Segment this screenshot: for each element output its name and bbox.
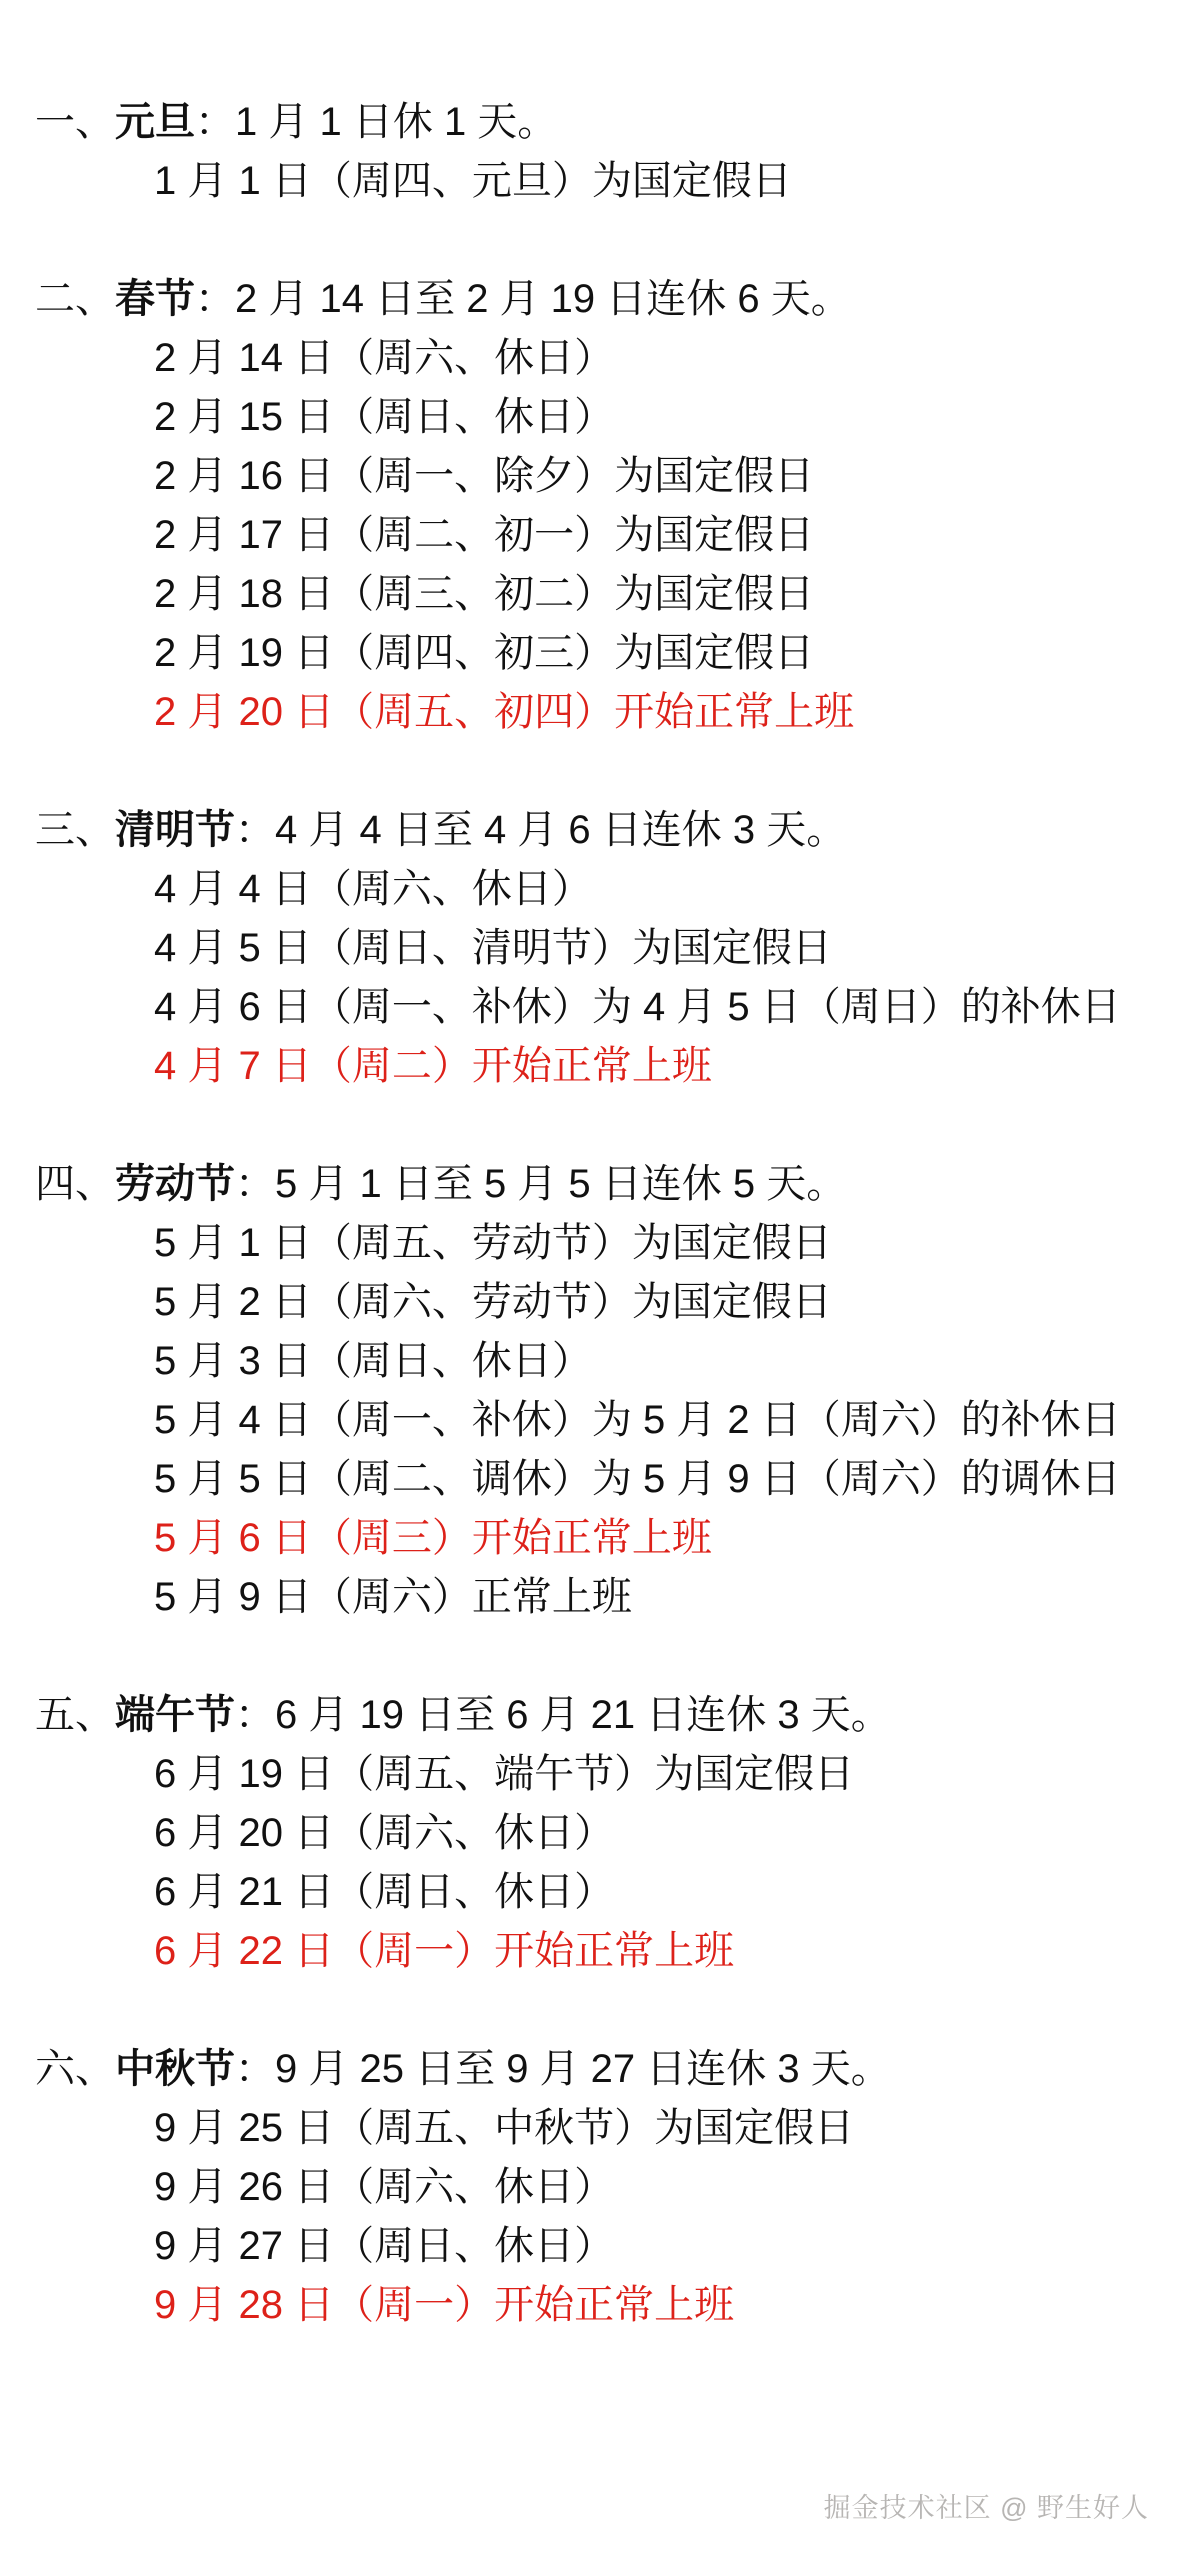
- section-number: 二、: [35, 277, 115, 321]
- schedule-line: 6 月 21 日（周日、休日）: [0, 1863, 1179, 1922]
- section-header: 五、端午节：6 月 19 日至 6 月 21 日连休 3 天。: [0, 1686, 1179, 1745]
- schedule-line: 9 月 27 日（周日、休日）: [0, 2217, 1179, 2276]
- schedule-line: 5 月 3 日（周日、休日）: [0, 1332, 1179, 1391]
- schedule-line: 4 月 6 日（周一、补休）为 4 月 5 日（周日）的补休日: [0, 978, 1179, 1037]
- back-to-work-line: 4 月 7 日（周二）开始正常上班: [0, 1037, 1179, 1096]
- holiday-notice-document: 一、元旦：1 月 1 日休 1 天。 1 月 1 日（周四、元旦）为国定假日 二…: [0, 0, 1179, 2335]
- holiday-section-chunjie: 二、春节：2 月 14 日至 2 月 19 日连休 6 天。 2 月 14 日（…: [0, 270, 1179, 742]
- section-summary: ：9 月 25 日至 9 月 27 日连休 3 天。: [235, 2047, 891, 2091]
- schedule-line: 5 月 9 日（周六）正常上班: [0, 1568, 1179, 1627]
- schedule-line: 9 月 25 日（周五、中秋节）为国定假日: [0, 2099, 1179, 2158]
- back-to-work-line: 5 月 6 日（周三）开始正常上班: [0, 1509, 1179, 1568]
- section-number: 六、: [35, 2047, 115, 2091]
- holiday-name: 春节: [115, 277, 195, 321]
- holiday-section-yuandan: 一、元旦：1 月 1 日休 1 天。 1 月 1 日（周四、元旦）为国定假日: [0, 93, 1179, 211]
- schedule-line: 2 月 19 日（周四、初三）为国定假日: [0, 624, 1179, 683]
- holiday-name: 清明节: [115, 808, 235, 852]
- schedule-line: 5 月 2 日（周六、劳动节）为国定假日: [0, 1273, 1179, 1332]
- schedule-line: 6 月 19 日（周五、端午节）为国定假日: [0, 1745, 1179, 1804]
- schedule-line: 2 月 18 日（周三、初二）为国定假日: [0, 565, 1179, 624]
- section-number: 四、: [35, 1162, 115, 1206]
- section-number: 五、: [35, 1693, 115, 1737]
- back-to-work-line: 2 月 20 日（周五、初四）开始正常上班: [0, 683, 1179, 742]
- section-header: 四、劳动节：5 月 1 日至 5 月 5 日连休 5 天。: [0, 1155, 1179, 1214]
- holiday-name: 元旦: [115, 100, 195, 144]
- holiday-section-duanwu: 五、端午节：6 月 19 日至 6 月 21 日连休 3 天。 6 月 19 日…: [0, 1686, 1179, 1981]
- section-header: 三、清明节：4 月 4 日至 4 月 6 日连休 3 天。: [0, 801, 1179, 860]
- watermark: 掘金技术社区 @ 野生好人: [824, 2486, 1149, 2525]
- section-summary: ：2 月 14 日至 2 月 19 日连休 6 天。: [195, 277, 851, 321]
- section-header: 六、中秋节：9 月 25 日至 9 月 27 日连休 3 天。: [0, 2040, 1179, 2099]
- holiday-name: 中秋节: [115, 2047, 235, 2091]
- section-number: 三、: [35, 808, 115, 852]
- schedule-line: 2 月 16 日（周一、除夕）为国定假日: [0, 447, 1179, 506]
- schedule-line: 2 月 15 日（周日、休日）: [0, 388, 1179, 447]
- schedule-line: 2 月 14 日（周六、休日）: [0, 329, 1179, 388]
- holiday-name: 劳动节: [115, 1162, 235, 1206]
- section-summary: ：1 月 1 日休 1 天。: [195, 100, 557, 144]
- schedule-line: 5 月 1 日（周五、劳动节）为国定假日: [0, 1214, 1179, 1273]
- holiday-section-zhongqiu: 六、中秋节：9 月 25 日至 9 月 27 日连休 3 天。 9 月 25 日…: [0, 2040, 1179, 2335]
- schedule-line: 1 月 1 日（周四、元旦）为国定假日: [0, 152, 1179, 211]
- holiday-section-laodong: 四、劳动节：5 月 1 日至 5 月 5 日连休 5 天。 5 月 1 日（周五…: [0, 1155, 1179, 1627]
- back-to-work-line: 6 月 22 日（周一）开始正常上班: [0, 1922, 1179, 1981]
- section-summary: ：6 月 19 日至 6 月 21 日连休 3 天。: [235, 1693, 891, 1737]
- schedule-line: 5 月 4 日（周一、补休）为 5 月 2 日（周六）的补休日: [0, 1391, 1179, 1450]
- schedule-line: 5 月 5 日（周二、调休）为 5 月 9 日（周六）的调休日: [0, 1450, 1179, 1509]
- schedule-line: 6 月 20 日（周六、休日）: [0, 1804, 1179, 1863]
- section-header: 一、元旦：1 月 1 日休 1 天。: [0, 93, 1179, 152]
- section-summary: ：4 月 4 日至 4 月 6 日连休 3 天。: [235, 808, 846, 852]
- holiday-name: 端午节: [115, 1693, 235, 1737]
- section-summary: ：5 月 1 日至 5 月 5 日连休 5 天。: [235, 1162, 846, 1206]
- schedule-line: 9 月 26 日（周六、休日）: [0, 2158, 1179, 2217]
- back-to-work-line: 9 月 28 日（周一）开始正常上班: [0, 2276, 1179, 2335]
- schedule-line: 4 月 4 日（周六、休日）: [0, 860, 1179, 919]
- schedule-line: 2 月 17 日（周二、初一）为国定假日: [0, 506, 1179, 565]
- schedule-line: 4 月 5 日（周日、清明节）为国定假日: [0, 919, 1179, 978]
- holiday-section-qingming: 三、清明节：4 月 4 日至 4 月 6 日连休 3 天。 4 月 4 日（周六…: [0, 801, 1179, 1096]
- section-header: 二、春节：2 月 14 日至 2 月 19 日连休 6 天。: [0, 270, 1179, 329]
- section-number: 一、: [35, 100, 115, 144]
